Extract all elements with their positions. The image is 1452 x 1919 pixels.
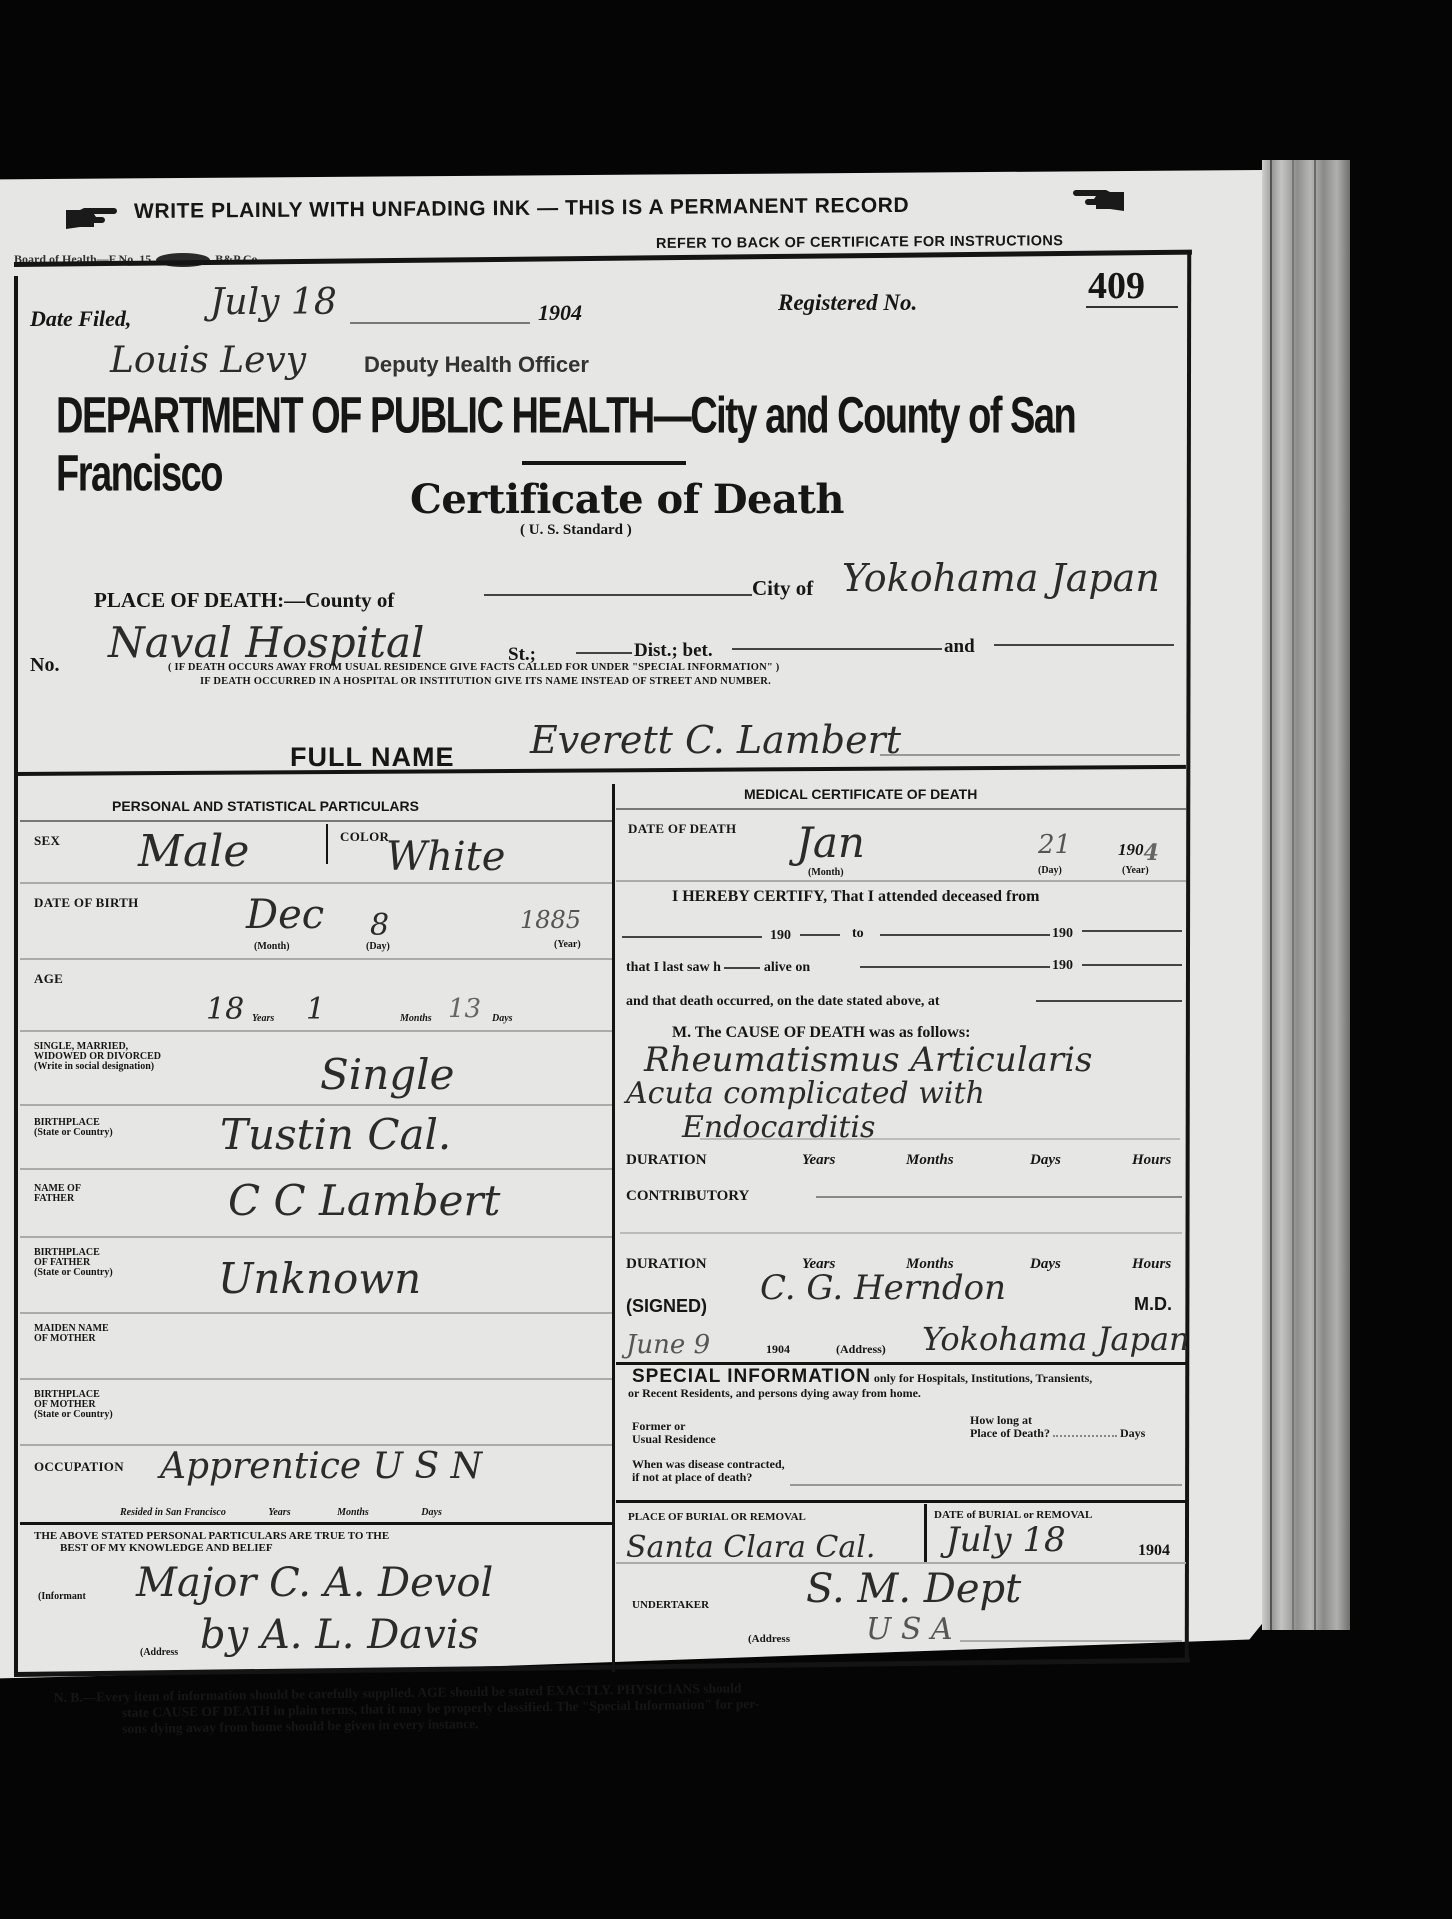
burial-date-value[interactable]: July 18 xyxy=(946,1520,1066,1560)
cause-line2[interactable]: Acuta complicated with xyxy=(626,1076,985,1111)
officer-signature: Louis Levy xyxy=(110,340,306,381)
marital-value[interactable]: Single xyxy=(320,1050,454,1099)
special-heading-line2: or Recent Residents, and persons dying a… xyxy=(628,1386,921,1401)
footnote: N. B.—Every item of information should b… xyxy=(54,1680,760,1738)
no-label: No. xyxy=(30,654,59,677)
duration-row: DURATION Years Months Days Hours xyxy=(626,1152,1182,1169)
age-label: AGE xyxy=(34,972,63,985)
father-birthplace-value[interactable]: Unknown xyxy=(218,1254,421,1303)
place-note-line2: IF DEATH OCCURRED IN A HOSPITAL OR INSTI… xyxy=(200,676,771,687)
city-value[interactable]: Yokohama Japan xyxy=(842,556,1160,600)
signed-value[interactable]: C. G. Herndon xyxy=(760,1268,1006,1308)
registered-number[interactable]: 409 xyxy=(1088,264,1145,308)
certificate-title: Certificate of Death xyxy=(410,476,844,523)
md-label: M.D. xyxy=(1134,1294,1172,1315)
sex-label: SEX xyxy=(34,834,60,847)
age-days-caption: Days xyxy=(492,1014,513,1024)
father-birthplace-label: BIRTHPLACE OF FATHER (State or Country) xyxy=(34,1248,113,1278)
full-name-value[interactable]: Everett C. Lambert xyxy=(530,718,901,762)
and-label: and xyxy=(944,636,975,658)
med-address-label: (Address) xyxy=(836,1342,886,1357)
pointing-hand-icon-right xyxy=(1070,188,1126,212)
attestation-text: THE ABOVE STATED PERSONAL PARTICULARS AR… xyxy=(34,1530,389,1554)
color-label: COLOR xyxy=(340,830,389,843)
place-of-death-label: PLACE OF DEATH:—County of xyxy=(94,588,394,613)
dod-month[interactable]: Jan xyxy=(796,818,865,867)
cause-line1[interactable]: Rheumatismus Articularis xyxy=(644,1040,1092,1080)
burial-date-label: DATE of BURIAL or REMOVAL xyxy=(934,1510,1092,1520)
undertaker-label: UNDERTAKER xyxy=(632,1600,709,1610)
dob-month[interactable]: Dec xyxy=(246,892,324,938)
city-label: City of xyxy=(752,576,813,601)
age-months-caption: Months xyxy=(400,1014,432,1024)
age-months[interactable]: 1 xyxy=(306,992,325,1027)
marital-label: SINGLE, MARRIED, WIDOWED OR DIVORCED (Wr… xyxy=(34,1042,161,1072)
contracted-label: When was disease contracted, if not at p… xyxy=(632,1458,785,1484)
to-190: 190 xyxy=(1052,926,1073,942)
undertaker-value[interactable]: S. M. Dept xyxy=(806,1566,1021,1612)
undertaker-address-value[interactable]: U S A xyxy=(866,1612,953,1647)
pointing-hand-icon-left xyxy=(64,206,120,230)
last-saw-text: that I last saw h alive on xyxy=(626,960,810,976)
refer-note: REFER TO BACK OF CERTIFICATE FOR INSTRUC… xyxy=(656,233,1063,252)
signed-date[interactable]: June 9 xyxy=(626,1330,710,1360)
certify-text: I HEREBY CERTIFY, That I attended deceas… xyxy=(672,888,1039,906)
age-days[interactable]: 13 xyxy=(448,994,481,1024)
book-page-edges xyxy=(1262,160,1350,1630)
sex-value[interactable]: Male xyxy=(138,826,249,877)
father-name-label: NAME OF FATHER xyxy=(34,1184,81,1204)
dod-year[interactable]: 1904 xyxy=(1118,840,1159,866)
date-filed-value[interactable]: July 18 xyxy=(210,282,337,323)
occupation-label: OCCUPATION xyxy=(34,1460,124,1473)
dob-day[interactable]: 8 xyxy=(370,908,389,943)
medical-heading: MEDICAL CERTIFICATE OF DEATH xyxy=(744,786,977,802)
age-years[interactable]: 18 xyxy=(206,992,244,1027)
full-name-label: FULL NAME xyxy=(290,742,455,773)
from-190: 190 xyxy=(770,928,791,944)
informant-label: (Informant xyxy=(38,1592,86,1602)
undertaker-address-label: (Address xyxy=(748,1634,790,1644)
registered-label: Registered No. xyxy=(778,290,917,316)
contributory-label: CONTRIBUTORY xyxy=(626,1188,749,1205)
dod-day[interactable]: 21 xyxy=(1038,830,1071,860)
dod-label: DATE OF DEATH xyxy=(628,822,736,835)
informant-address-label: (Address xyxy=(140,1648,178,1658)
age-years-caption: Years xyxy=(252,1014,274,1024)
dist-label: Dist.; bet. xyxy=(634,640,713,662)
signed-label: (SIGNED) xyxy=(626,1296,707,1317)
mother-name-label: MAIDEN NAME OF MOTHER xyxy=(34,1324,109,1344)
resided-label: Resided in San Francisco Years Months Da… xyxy=(120,1508,442,1518)
standard-subtitle: ( U. S. Standard ) xyxy=(520,522,632,539)
former-residence-label: Former or Usual Residence xyxy=(632,1420,716,1446)
burial-year: 1904 xyxy=(1138,1542,1170,1560)
dod-year-caption: (Year) xyxy=(1122,866,1149,876)
date-filed-label: Date Filed, xyxy=(30,306,131,332)
color-value[interactable]: White xyxy=(386,834,505,880)
column-divider xyxy=(612,784,615,1672)
burial-place-value[interactable]: Santa Clara Cal. xyxy=(626,1530,875,1565)
year-filed: 1904 xyxy=(538,300,582,326)
frame-left xyxy=(14,276,18,1672)
street-value[interactable]: Naval Hospital xyxy=(108,618,424,667)
dod-month-caption: (Month) xyxy=(808,868,844,878)
informant-value[interactable]: Major C. A. Devol xyxy=(136,1560,493,1606)
occurred-text: and that death occurred, on the date sta… xyxy=(626,994,940,1010)
mother-birthplace-label: BIRTHPLACE OF MOTHER (State or Country) xyxy=(34,1390,113,1420)
occupation-value[interactable]: Apprentice U S N xyxy=(160,1446,482,1487)
informant-address-value[interactable]: by A. L. Davis xyxy=(200,1612,479,1658)
dob-year[interactable]: 1885 xyxy=(520,906,581,934)
personal-heading: PERSONAL AND STATISTICAL PARTICULARS xyxy=(112,798,419,814)
special-heading: SPECIAL INFORMATION only for Hospitals, … xyxy=(632,1366,1092,1388)
dob-day-caption: (Day) xyxy=(366,942,390,952)
alive-190: 190 xyxy=(1052,958,1073,974)
dob-label: DATE OF BIRTH xyxy=(34,896,139,909)
place-note-line1: ( IF DEATH OCCURS AWAY FROM USUAL RESIDE… xyxy=(168,662,779,673)
birthplace-label: BIRTHPLACE (State or Country) xyxy=(34,1118,113,1138)
how-long-label: How long at Place of Death? Days xyxy=(970,1414,1145,1440)
birthplace-value[interactable]: Tustin Cal. xyxy=(220,1110,451,1159)
father-name-value[interactable]: C C Lambert xyxy=(228,1176,500,1225)
dob-month-caption: (Month) xyxy=(254,942,290,952)
med-address-value[interactable]: Yokohama Japan xyxy=(922,1320,1190,1358)
dob-year-caption: (Year) xyxy=(554,940,581,950)
to-label: to xyxy=(852,926,864,942)
signed-year: 1904 xyxy=(766,1342,790,1357)
dod-day-caption: (Day) xyxy=(1038,866,1062,876)
burial-place-label: PLACE OF BURIAL OR REMOVAL xyxy=(628,1512,806,1522)
officer-title: Deputy Health Officer xyxy=(364,352,589,378)
